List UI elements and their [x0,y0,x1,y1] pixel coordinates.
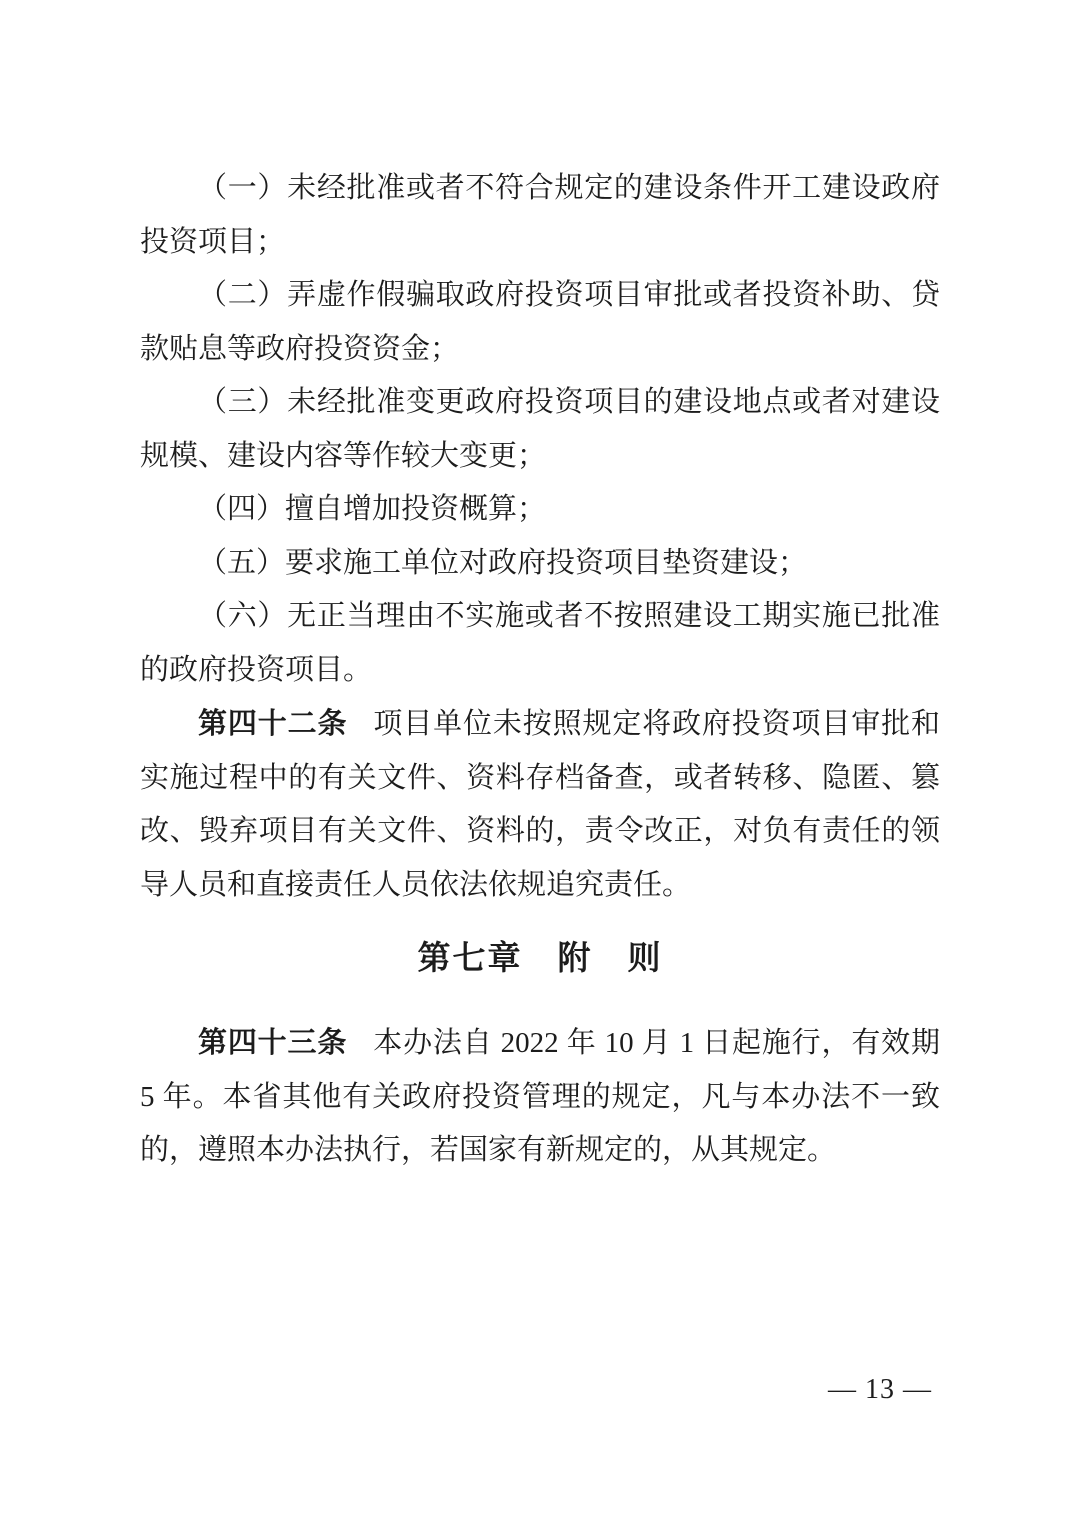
document-body: （一）未经批准或者不符合规定的建设条件开工建设政府投资项目； （二）弄虚作假骗取… [140,162,940,1178]
article-42-paragraph: 第四十二条项目单位未按照规定将政府投资项目审批和实施过程中的有关文件、资料存档备… [140,697,940,912]
clause-item-4: （四）擅自增加投资概算； [140,483,940,537]
clause-item-6: （六）无正当理由不实施或者不按照建设工期实施已批准的政府投资项目。 [140,590,940,697]
clause-item-3: （三）未经批准变更政府投资项目的建设地点或者对建设规模、建设内容等作较大变更； [140,376,940,483]
document-page: （一）未经批准或者不符合规定的建设条件开工建设政府投资项目； （二）弄虚作假骗取… [0,0,1080,1527]
article-43-paragraph: 第四十三条本办法自 2022 年 10 月 1 日起施行，有效期 5 年。本省其… [140,1016,940,1178]
chapter-heading: 第七章 附 则 [140,928,940,988]
article-42-number: 第四十二条 [198,706,347,740]
clause-item-2: （二）弄虚作假骗取政府投资项目审批或者投资补助、贷款贴息等政府投资资金； [140,269,940,376]
clause-item-1: （一）未经批准或者不符合规定的建设条件开工建设政府投资项目； [140,162,940,269]
article-43-number: 第四十三条 [198,1025,347,1059]
clause-item-5: （五）要求施工单位对政府投资项目垫资建设； [140,537,940,591]
page-number: — 13 — [828,1375,932,1405]
